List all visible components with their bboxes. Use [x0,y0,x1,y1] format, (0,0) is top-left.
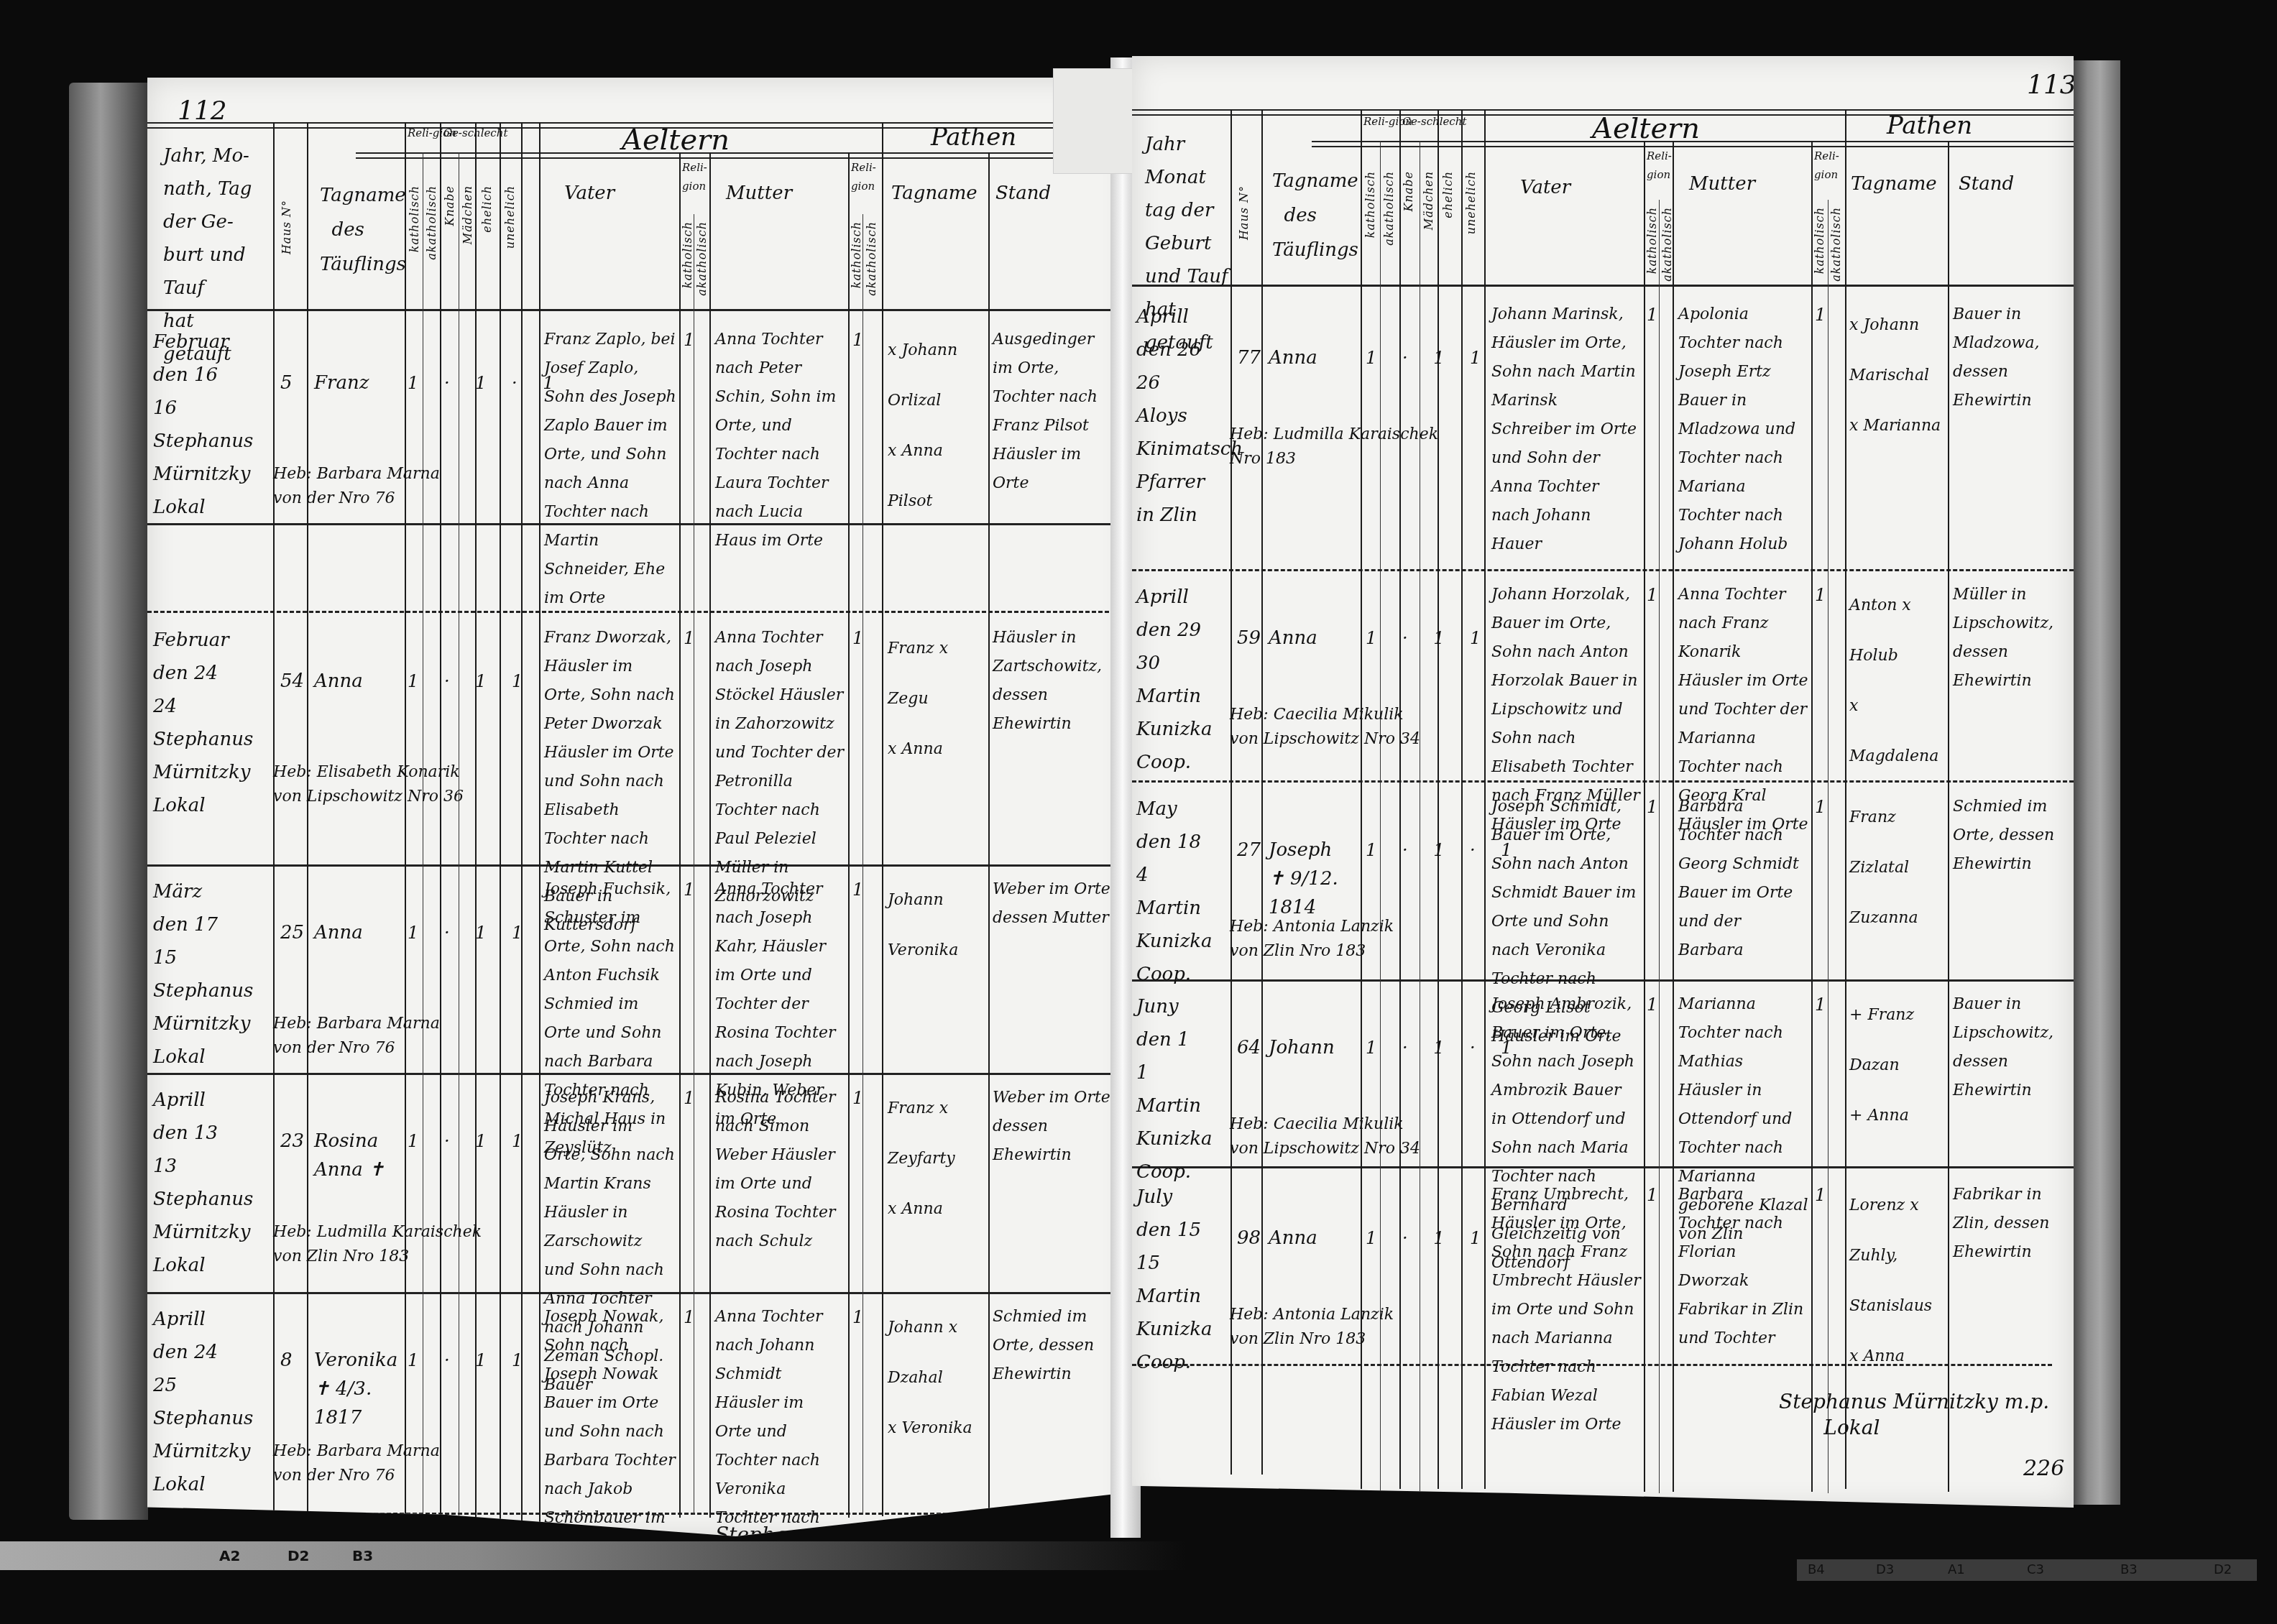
entry-godparent-status: Bauer in Mladzowa, dessen Ehewirtin [1953,300,2068,415]
column-rule [440,122,441,1531]
entry-child-name: Anna [1269,624,1362,652]
header-parents: Aeltern [622,125,730,155]
page-number-left: 112 [178,98,227,125]
header-catholic: katholisch [409,185,421,252]
scan-target-label: D2 [2214,1562,2232,1577]
entry-mother-religion-mark: 1 [852,875,863,904]
entry-mother-religion-mark: 1 [1815,581,1826,609]
column-rule [1437,109,1439,1489]
entry-date: Julyden 1515MartinKunizkaCoop. [1136,1181,1228,1379]
entry-child-name: Anna [1269,343,1362,372]
header-house-no: Haus N° [1238,185,1251,240]
scan-target-label: A1 [1948,1562,1965,1577]
entry-mother-religion-mark: 1 [1815,300,1826,329]
header-mother-religion: Reli-gion [851,158,876,195]
entry-house-number: 27 [1237,836,1261,864]
column-rule [521,122,523,1531]
column-rule [1673,141,1674,1492]
entry-date: Mayden 184MartinKunizkaCoop. [1136,793,1228,991]
entry-father-religion-mark: 1 [684,326,694,354]
entry-house-number: 5 [280,369,293,397]
column-rule [882,122,883,1516]
entry-father-religion-mark: 1 [684,1084,694,1112]
folio-stamp: 226 [2023,1457,2064,1480]
header-mother-acatholic: akatholisch [1831,207,1843,282]
entry-child-name: Anna [314,918,408,947]
entry-midwife: Heb: Antonia Lanzikvon Zlin Nro 183 [1230,1303,1394,1352]
entry-father-religion-mark: 1 [1647,1181,1657,1209]
column-rule [459,152,459,1532]
entry-godparent-status: Weber im Orte, dessen Ehewirtin [993,1084,1118,1170]
entry-godparent-status: Müller in Lipschowitz, dessen Ehewirtin [1953,581,2068,696]
column-rule [1828,200,1828,1493]
entry-father-religion-mark: 1 [1647,581,1657,609]
entry-mother: Apolonia Tochter nach Joseph Ertz Bauer … [1678,300,1809,559]
column-rule [500,122,501,1531]
scan-target-label: A2 [219,1547,240,1564]
entry-godparents: Anton x Holubx Magdalena [1849,581,1946,782]
header-sex: Ge-schlecht [1402,116,1466,128]
entry-father-religion-mark: 1 [684,875,694,904]
right-page: 113 JahrMonattag derGeburtund Taufhatget… [1132,56,2074,1508]
header-child-name: Tagname desTäuflings [1272,164,1358,267]
header-child-name: Tagname desTäuflings [320,178,406,282]
entry-father: Franz Umbrecht, Häusler im Orte, Sohn na… [1491,1181,1641,1439]
entry-father-religion-mark: 1 [1647,300,1657,329]
entry-midwife: Heb: Elisabeth Konarikvon Lipschowitz Nr… [273,760,464,809]
scan-target-strip-right: B4D3A1C3B3D2 [1797,1559,2257,1581]
entry-godparent-status: Weber im Orte, dessen Mutter [993,875,1118,933]
entry-house-number: 23 [280,1127,304,1155]
entry-child-name: Joseph✝ 9/12. 1814 [1269,836,1362,922]
header-father-religion: Reli-gion [1647,147,1672,184]
entry-marks: 1 · 1 · 1 [408,369,564,397]
header-father: Vater [564,184,615,203]
entry-father: Franz Zaplo, bei Josef Zaplo, Sohn des J… [544,326,677,613]
page-number-right: 113 [2027,72,2076,99]
entry-father: Joseph Nowak, Sohn nach Joseph Nowak Bau… [544,1303,677,1561]
column-rule [423,152,423,1532]
entry-father-religion-mark: 1 [1647,793,1657,821]
header-illegitimate: unehelich [1466,171,1478,234]
header-bottom-rule [1132,285,2074,287]
entry-child-name: Johann [1269,1033,1362,1062]
entry-godparents: Lorenz x Zuhly, Stanislausx Anna [1849,1181,1946,1382]
entry-midwife: Heb: Caecilia Mikulikvon Lipschowitz Nro… [1230,1112,1420,1161]
entry-mother-religion-mark: 1 [852,1303,863,1332]
entry-house-number: 25 [280,918,304,947]
entry-mother: Anna Tochter nach Peter Schin, Sohn im O… [715,326,845,555]
header-boy: Knabe [1403,171,1415,212]
header-legitimate: ehelich [1443,171,1455,218]
entry-date: Märzden 1715StephanusMürnitzkyLokal [153,875,272,1074]
header-godparent-status: Stand [1959,175,2014,194]
header-mother-acatholic: akatholisch [866,221,878,296]
header-illegitimate: unehelich [505,185,517,249]
column-rule [475,122,477,1531]
entry-godparent-status: Ausgedinger im Orte, Tochter nach Franz … [993,326,1118,498]
entry-date: Aprillden 2626AloysKinimatschPfarrerin Z… [1136,300,1228,532]
entry-divider [1132,569,2074,571]
entry-marks: 1 · 1 1 [1366,1224,1491,1252]
entry-godparents: x Johann Orlizalx Anna Pilsot [888,326,987,527]
book-binding-left [69,83,148,1520]
header-catholic: katholisch [1365,171,1377,238]
column-rule [848,152,850,1518]
entry-house-number: 59 [1237,624,1261,652]
header-boy: Knabe [444,185,456,226]
entry-house-number: 54 [280,667,304,696]
column-rule [1484,109,1486,1489]
entry-godparents: + Franz Dazan+ Anna [1849,990,1946,1141]
entry-midwife: Heb: Ludmilla Karaischekvon Zlin Nro 183 [273,1220,482,1269]
entry-godparent-status: Bauer in Lipschowitz, dessen Ehewirtin [1953,990,2068,1105]
header-godparent-status: Stand [995,184,1051,203]
entry-mother: Rosina Tochter nach Simon Weber Häusler … [715,1084,845,1256]
header-godparents: Pathen [931,125,1016,151]
entry-father: Johann Marinsk, Häusler im Orte, Sohn na… [1491,300,1641,559]
entry-godparents: Johann x Dzahalx Veronika [888,1303,987,1454]
entry-house-number: 8 [280,1346,293,1375]
entry-godparents: x Johann Marischalx Marianna [1849,300,1946,451]
entry-child-name: Franz [314,369,408,397]
entry-date: Aprillden 2930MartinKunizkaCoop. [1136,581,1228,779]
header-godparent-name: Tagname [891,184,977,203]
column-rule [405,122,406,1531]
entry-mother: Barbara Tochter nach Florian Dworzak Fab… [1678,1181,1809,1353]
column-rule [1811,141,1813,1492]
scan-target-strip-left: A2D2B3 [0,1541,1186,1570]
header-father: Vater [1520,178,1570,198]
header-mother: Mutter [1689,175,1755,194]
entry-child-name: Veronika✝ 4/3. 1817 [314,1346,408,1432]
entry-date: Aprillden 1313StephanusMürnitzkyLokal [153,1084,272,1282]
header-mother: Mutter [726,184,792,203]
entry-date: Aprillden 2425StephanusMürnitzkyLokal [153,1303,272,1501]
column-rule [709,152,711,1518]
entry-child-name: Anna [1269,1224,1362,1252]
entry-father-religion-mark: 1 [684,1303,694,1332]
header-father-acatholic: akatholisch [1662,207,1674,282]
entry-mother-religion-mark: 1 [852,1084,863,1112]
column-rule [1644,141,1645,1492]
book-binding-right [2070,60,2120,1505]
column-rule [988,152,990,1518]
header-acatholic: akatholisch [1384,171,1396,246]
entry-date: Februarden 1616StephanusMürnitzkyLokal [153,326,272,524]
entry-child-name: Rosina Anna ✝ [314,1127,408,1184]
column-rule [1261,109,1263,1475]
scan-target-label: D3 [1876,1562,1894,1577]
entry-mother: Anna Tochter nach Joseph Stöckel Häusler… [715,624,845,911]
entry-midwife: Heb: Antonia Lanzikvon Zlin Nro 183 [1230,915,1394,964]
header-mother-catholic: katholisch [851,221,863,288]
header-parents: Aeltern [1592,114,1700,144]
column-rule [307,122,308,1516]
header-mother-religion: Reli-gion [1814,147,1839,184]
scan-target-label: B3 [352,1547,373,1564]
header-father-acatholic: akatholisch [696,221,709,296]
column-rule [1361,109,1362,1489]
scan-target-label: D2 [287,1547,310,1564]
header-house-no: Haus N° [281,200,293,254]
entry-father-religion-mark: 1 [1647,990,1657,1019]
entry-mother: Barbara Tochter nach Georg Schmidt Bauer… [1678,793,1809,965]
entry-father-religion-mark: 1 [684,624,694,652]
header-girl: Mädchen [1423,171,1435,230]
column-rule [1948,141,1949,1492]
column-rule [1659,200,1660,1493]
entry-house-number: 98 [1237,1224,1261,1252]
header-mother-catholic: katholisch [1814,207,1826,274]
column-rule [679,152,681,1518]
entry-marks: 1 · 1 1 [408,1127,533,1155]
column-rule [1461,109,1463,1489]
entry-marks: 1 · 1 1 [1366,624,1491,652]
entry-midwife: Heb: Ludmilla KaraischekNro 183 [1230,423,1438,471]
entry-godparents: JohannVeronika [888,875,987,976]
scan-target-label: B3 [2120,1562,2138,1577]
column-rule [1399,109,1401,1489]
entry-house-number: 64 [1237,1033,1261,1062]
column-rule [273,122,275,1516]
entry-midwife: Heb: Caecilia Mikulikvon Lipschowitz Nro… [1230,703,1420,752]
signature-right: Stephanus Mürnitzky m.p. Lokal [1779,1389,2049,1441]
entry-mother-religion-mark: 1 [1815,990,1826,1019]
entry-godparent-status: Häusler in Zartschowitz, dessen Ehewirti… [993,624,1118,739]
entry-godparent-status: Schmied im Orte, dessen Ehewirtin [993,1303,1118,1389]
entry-date: Februarden 2424StephanusMürnitzkyLokal [153,624,272,822]
column-rule [539,122,540,1531]
header-godparent-name: Tagname [1851,175,1937,194]
entry-godparents: Franz x Zegux Anna [888,624,987,775]
column-rule [1845,109,1846,1489]
header-father-catholic: katholisch [1647,207,1659,274]
header-father-religion: Reli-gion [682,158,707,195]
entry-mother-religion-mark: 1 [1815,793,1826,821]
column-rule [1230,109,1232,1475]
header-godparents: Pathen [1887,114,1972,139]
entry-marks: 1 · 1 1 [408,918,533,947]
entry-house-number: 77 [1237,343,1261,372]
header-mid-rule [356,152,1128,159]
header-girl: Mädchen [462,185,474,244]
entry-mother-religion-mark: 1 [1815,1181,1826,1209]
entry-marks: 1 · 1 1 [1366,343,1491,372]
entry-mother-religion-mark: 1 [852,624,863,652]
entry-marks: 1 · 1 1 [408,1346,533,1375]
header-legitimate: ehelich [482,185,494,233]
entry-godparent-status: Schmied im Orte, dessen Ehewirtin [1953,793,2068,879]
entry-date: Junyden 11MartinKunizkaCoop. [1136,990,1228,1189]
header-sex: Ge-schlecht [443,128,507,139]
entry-midwife: Heb: Barbara Marnavon der Nro 76 [273,462,440,511]
entry-marks: 1 · 1 1 [408,667,533,696]
entry-midwife: Heb: Barbara Marnavon der Nro 76 [273,1439,440,1488]
header-acatholic: akatholisch [426,185,438,260]
entry-godparents: Franz ZizlatalZuzanna [1849,793,1946,944]
entry-godparents: Franz x Zeyfartyx Anna [888,1084,987,1235]
entry-mother-religion-mark: 1 [852,326,863,354]
scan-target-label: C3 [2027,1562,2044,1577]
entry-godparent-status: Fabrikar in Zlin, dessen Ehewirtin [1953,1181,2068,1267]
entry-child-name: Anna [314,667,408,696]
entry-midwife: Heb: Barbara Marnavon der Nro 76 [273,1012,440,1061]
header-father-catholic: katholisch [682,221,694,288]
left-page: 112 Jahr, Mo-nath, Tagder Ge-burt undTau… [147,78,1128,1536]
scan-target-label: B4 [1808,1562,1825,1577]
header-bottom-rule [147,309,1128,311]
